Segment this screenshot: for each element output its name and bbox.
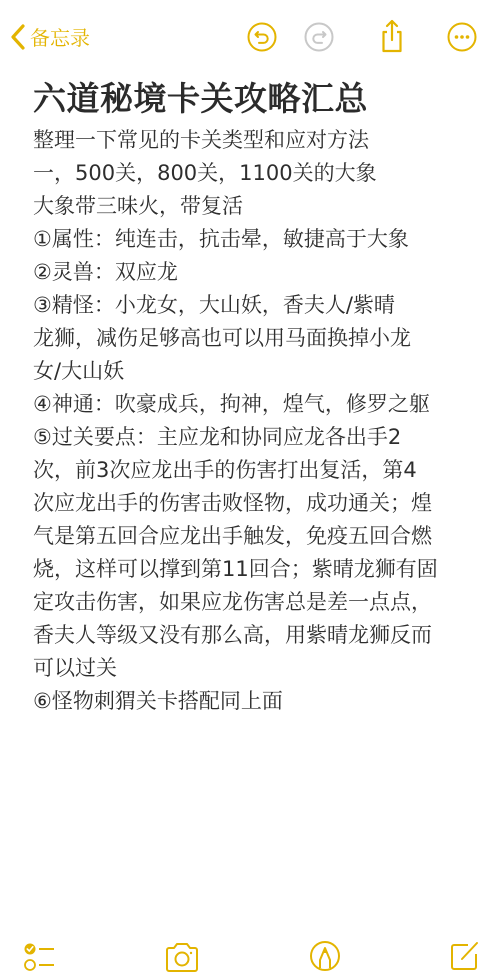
note-line: ②灵兽：双应龙	[33, 256, 473, 289]
back-label: 备忘录	[30, 22, 90, 51]
markup-icon[interactable]	[307, 938, 343, 974]
note-line: ①属性：纯连击，抗击晕，敏捷高于大象	[33, 223, 473, 256]
note-line: 烧，这样可以撑到第11回合；紫晴龙狮有固	[33, 553, 473, 586]
note-line: ③精怪：小龙女，大山妖，香夫人/紫晴	[33, 289, 473, 322]
note-line: 次应龙出手的伤害击败怪物，成功通关；煌	[33, 487, 473, 520]
note-line: 龙狮，减伤足够高也可以用马面换掉小龙	[33, 322, 473, 355]
note-line: 气是第五回合应龙出手触发，免疫五回合燃	[33, 520, 473, 553]
bottom-toolbar	[0, 920, 500, 980]
share-icon[interactable]	[376, 18, 408, 54]
note-line: 大象带三味火，带复活	[33, 190, 473, 223]
compose-icon[interactable]	[447, 938, 483, 974]
note-line: 可以过关	[33, 652, 473, 685]
redo-icon[interactable]	[303, 21, 335, 53]
note-line: 定攻击伤害，如果应龙伤害总是差一点点，	[33, 586, 473, 619]
note-line: ④神通：吹豪成兵，拘神，煌气，修罗之躯	[33, 388, 473, 421]
checklist-icon[interactable]	[22, 940, 58, 974]
note-line: 香夫人等级又没有那么高，用紫晴龙狮反而	[33, 619, 473, 652]
note-line: ⑤过关要点：主应龙和协同应龙各出手2	[33, 421, 473, 454]
back-button[interactable]: 备忘录	[10, 22, 90, 51]
camera-icon[interactable]	[164, 941, 200, 973]
note-line: 整理一下常见的卡关类型和应对方法	[33, 124, 473, 157]
chevron-left-icon	[10, 23, 26, 51]
note-line: ⑥怪物刺猬关卡搭配同上面	[33, 685, 473, 718]
note-line: 次，前3次应龙出手的伤害打出复活，第4	[33, 454, 473, 487]
note-title[interactable]: 六道秘境卡关攻略汇总	[33, 73, 368, 120]
navigation-bar: 备忘录	[0, 0, 500, 75]
undo-icon[interactable]	[246, 21, 278, 53]
more-icon[interactable]	[446, 21, 478, 53]
note-line: 一，500关，800关，1100关的大象	[33, 157, 473, 190]
note-body[interactable]: 整理一下常见的卡关类型和应对方法 一，500关，800关，1100关的大象 大象…	[33, 124, 473, 718]
note-line: 女/大山妖	[33, 355, 473, 388]
